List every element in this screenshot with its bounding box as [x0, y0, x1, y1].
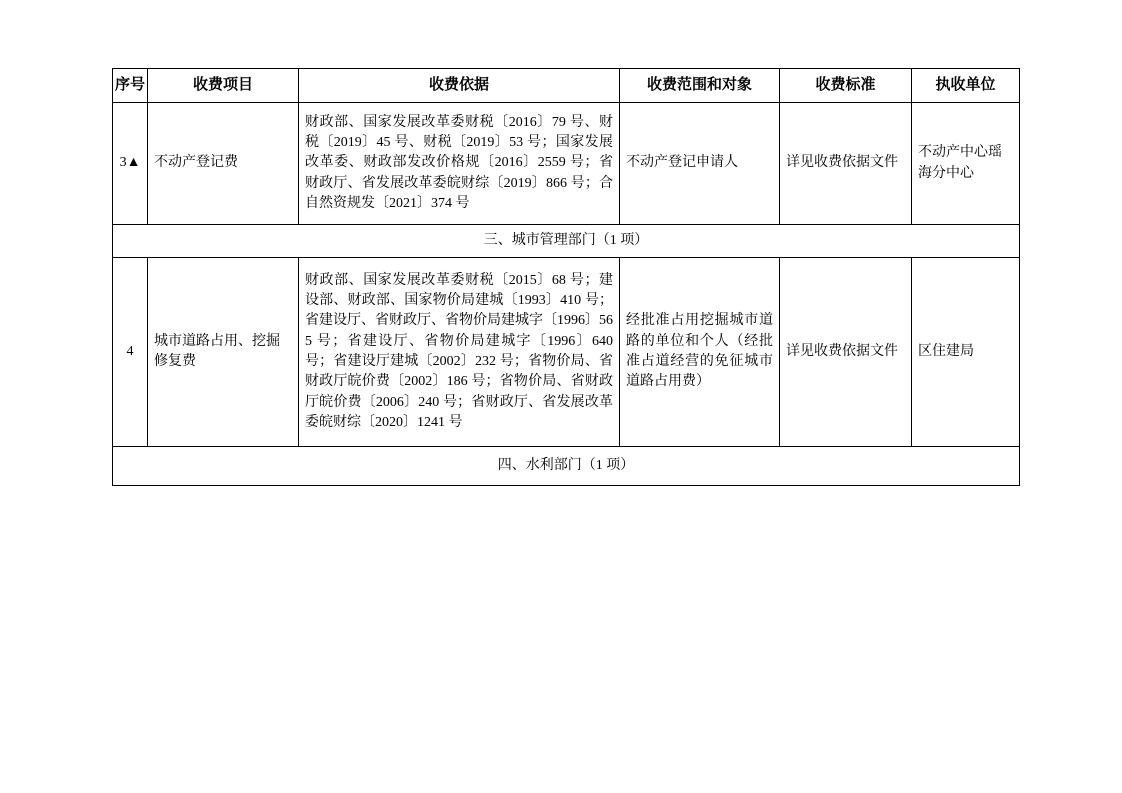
col-header-basis: 收费依据: [299, 69, 620, 103]
section-row: 四、水利部门（1 项）: [113, 447, 1020, 486]
table-row: 3▲ 不动产登记费 财政部、国家发展改革委财税〔2016〕79 号、财税〔201…: [113, 103, 1020, 225]
section-title: 四、水利部门（1 项）: [113, 447, 1020, 486]
cell-fee-scope: 不动产登记申请人: [620, 103, 780, 225]
cell-fee-scope: 经批准占用挖掘城市道路的单位和个人（经批准占道经营的免征城市道路占用费）: [620, 258, 780, 447]
cell-fee-standard: 详见收费依据文件: [780, 258, 912, 447]
col-header-unit: 执收单位: [912, 69, 1020, 103]
col-header-item: 收费项目: [148, 69, 299, 103]
section-row: 三、城市管理部门（1 项）: [113, 225, 1020, 258]
cell-fee-basis: 财政部、国家发展改革委财税〔2015〕68 号；建设部、财政部、国家物价局建城〔…: [299, 258, 620, 447]
fee-table: 序号 收费项目 收费依据 收费范围和对象 收费标准 执收单位 3▲ 不动产登记费…: [112, 68, 1020, 486]
cell-collecting-unit: 不动产中心瑶海分中心: [912, 103, 1020, 225]
cell-fee-basis: 财政部、国家发展改革委财税〔2016〕79 号、财税〔2019〕45 号、财税〔…: [299, 103, 620, 225]
table-header-row: 序号 收费项目 收费依据 收费范围和对象 收费标准 执收单位: [113, 69, 1020, 103]
col-header-standard: 收费标准: [780, 69, 912, 103]
cell-fee-item: 不动产登记费: [148, 103, 299, 225]
col-header-seq: 序号: [113, 69, 148, 103]
document-page: 序号 收费项目 收费依据 收费范围和对象 收费标准 执收单位 3▲ 不动产登记费…: [0, 0, 1122, 793]
cell-collecting-unit: 区住建局: [912, 258, 1020, 447]
section-title: 三、城市管理部门（1 项）: [113, 225, 1020, 258]
cell-seq: 4: [113, 258, 148, 447]
table-row: 4 城市道路占用、挖掘修复费 财政部、国家发展改革委财税〔2015〕68 号；建…: [113, 258, 1020, 447]
col-header-scope: 收费范围和对象: [620, 69, 780, 103]
cell-seq: 3▲: [113, 103, 148, 225]
cell-fee-standard: 详见收费依据文件: [780, 103, 912, 225]
cell-fee-item: 城市道路占用、挖掘修复费: [148, 258, 299, 447]
